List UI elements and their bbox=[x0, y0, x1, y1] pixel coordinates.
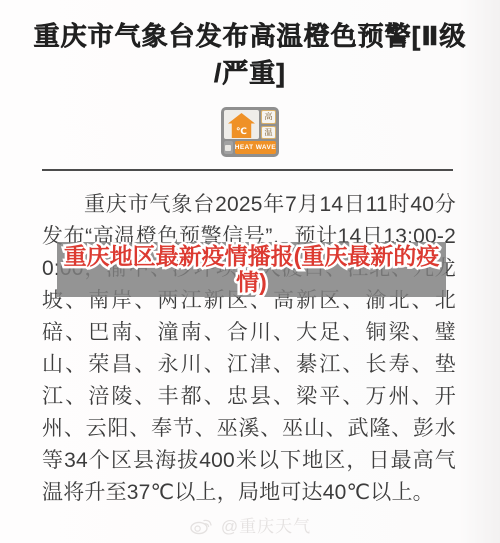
watermark-handle: @重庆天气 bbox=[221, 512, 311, 537]
warning-body-paragraph: 重庆市气象台2025年7月14日11时40分发布“高温橙色预警信号”，预计14日… bbox=[42, 189, 456, 509]
horizontal-divider bbox=[42, 169, 453, 171]
warning-icon-top-row: ℃ 高 温 bbox=[224, 110, 276, 139]
epidemic-report-overlay-banner: 重庆地区最新疫情播报(重庆最新的疫 重庆地区最新疫情播报(重庆最新的疫 情) 情… bbox=[57, 242, 446, 297]
warning-icon-side-column: 高 温 bbox=[261, 110, 276, 139]
side-seal-top: 高 bbox=[261, 110, 276, 124]
warning-icon-bottom-row: HEAT WAVE bbox=[224, 141, 276, 154]
banner-line2-text: 情) bbox=[236, 269, 267, 295]
celsius-symbol: ℃ bbox=[236, 125, 247, 138]
house-thermometer-icon: ℃ bbox=[228, 113, 255, 138]
notice-title-line1: 重庆市气象台发布高温橙色预警[Ⅱ级 bbox=[20, 18, 480, 55]
notice-title: 重庆市气象台发布高温橙色预警[Ⅱ级 /严重] bbox=[20, 18, 480, 92]
house-pictogram-cell: ℃ bbox=[224, 110, 259, 139]
heat-wave-warning-icon: ℃ 高 温 HEAT WAVE bbox=[221, 107, 279, 157]
weibo-icon bbox=[189, 515, 215, 535]
weather-alert-notice: 重庆市气象台发布高温橙色预警[Ⅱ级 /严重] ℃ 高 温 HEAT WAVE 重… bbox=[0, 0, 500, 543]
banner-line1-text: 重庆地区最新疫情播报(重庆最新的疫 bbox=[64, 243, 440, 269]
banner-line2: 情) 情) bbox=[57, 269, 446, 295]
weibo-watermark: @重庆天气 bbox=[0, 512, 500, 537]
notice-title-line2: /严重] bbox=[20, 55, 480, 92]
banner-line1: 重庆地区最新疫情播报(重庆最新的疫 重庆地区最新疫情播报(重庆最新的疫 bbox=[57, 243, 446, 269]
heat-wave-label: HEAT WAVE bbox=[235, 141, 276, 154]
side-seal-bottom: 温 bbox=[261, 126, 276, 140]
warning-level-mark bbox=[224, 141, 233, 154]
